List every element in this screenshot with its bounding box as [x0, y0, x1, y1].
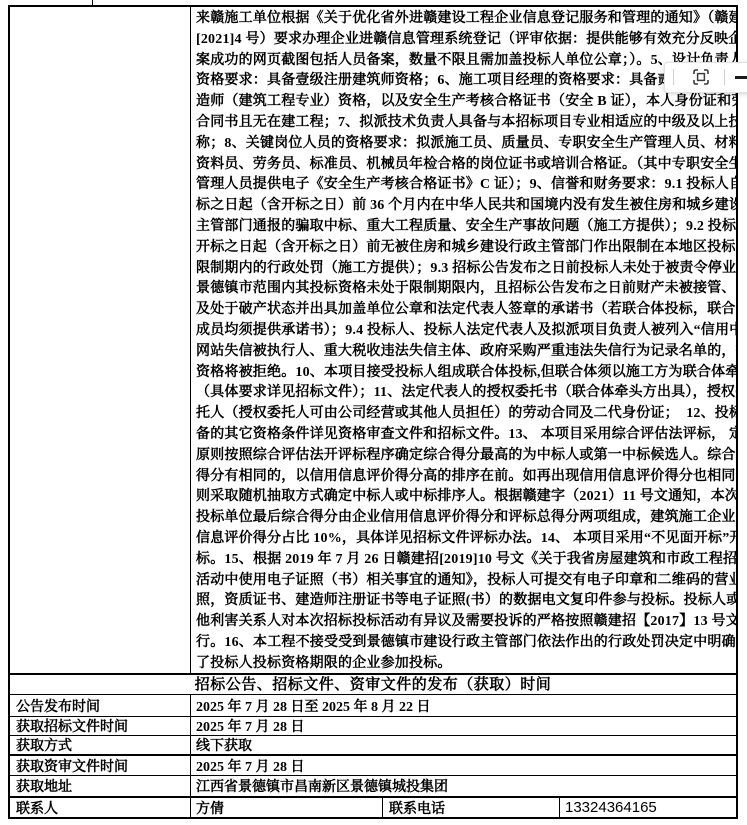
empty-label-cell: [10, 7, 191, 673]
notice-text-line: 他利害关系人对本次招标投标活动有异议及需要投诉的严格按照赣建招【2017】13 …: [196, 612, 733, 633]
row-value: 2025 年 7 月 28 日: [191, 756, 736, 775]
notice-text-line: 资料员、劳务员、标准员、机械员年检合格的岗位证书或培训合格证。（其中专职安全生产: [196, 155, 733, 176]
toolbar-divider: [673, 69, 674, 85]
notice-text-line: 照，资质证书、建造师注册证书等电子证照(书）的数据电文复印件参与投标。投标人或者…: [196, 591, 733, 612]
notice-text-line: 原则按照综合评估法开评标程序确定综合得分最高的为中标人或第一中标候选人。综合: [196, 446, 733, 467]
row-value: 2025 年 7 月 28 日: [191, 717, 736, 735]
notice-text-line: 标之日起（含开标之日）前 36 个月内在中华人民共和国境内没有发生被住房和城乡建…: [196, 196, 733, 217]
notice-text-line: 管理人员提供电子《安全生产考核合格证书》C 证）；9、信誉和财务要求：9.1 投…: [196, 175, 733, 196]
contact-phone-label: 联系电话: [383, 798, 560, 817]
section-header-row: 招标公告、招标文件、资审文件的发布（获取）时间: [10, 675, 736, 695]
contact-label: 联系人: [10, 798, 191, 817]
row-label: 获取资审文件时间: [10, 756, 191, 775]
row-value: 2025 年 7 月 28 日至 2025 年 8 月 22 日: [191, 695, 736, 716]
notice-text-line: 信息评价得分占比 10%，具体详见招标文件评标办法。14、 本项目采用“不见面开…: [196, 529, 733, 550]
notice-text-line: 标。15、根据 2019 年 7 月 26 日赣建招[2019]10 号文《关于…: [196, 550, 733, 571]
table-row-prequal-doc-time: 获取资审文件时间 2025 年 7 月 28 日: [10, 756, 736, 776]
table-row-bid-doc-time: 获取招标文件时间 2025 年 7 月 28 日: [10, 717, 736, 736]
row-label: 获取招标文件时间: [10, 717, 191, 735]
minimize-dash-icon[interactable]: [733, 67, 747, 87]
notice-text-line: 来赣施工单位根据《关于优化省外进赣建设工程企业信息登记服务和管理的通知》（赣建字: [196, 9, 733, 30]
notice-text-line: [2021]4 号）要求办理企业进赣信息管理系统登记（评审依据：提供能够有效充分…: [196, 30, 733, 51]
notice-text-line: 称；8、关键岗位人员的资格要求：拟派施工员、质量员、专职安全生产管理人员、材料员…: [196, 134, 733, 155]
row-value: 线下获取: [191, 736, 736, 754]
notice-text-line: 网站失信被执行人、重大税收违法失信主体、政府采购严重违法失信行为记录名单的，投标: [196, 342, 733, 363]
row-label: 公告发布时间: [10, 695, 191, 716]
tender-notice-table: 来赣施工单位根据《关于优化省外进赣建设工程企业信息登记服务和管理的通知》（赣建字…: [8, 5, 738, 819]
notice-text-line: 造师（建筑工程专业）资格，以及安全生产考核合格证书（安全 B 证），本人身份证和…: [196, 92, 733, 113]
contact-phone-number: 13324364165: [560, 798, 736, 817]
document-page: 来赣施工单位根据《关于优化省外进赣建设工程企业信息登记服务和管理的通知》（赣建字…: [0, 0, 747, 825]
notice-text-line: 开标之日起（含开标之日）前无被住房和城乡建设行政主管部门作出限制在本地区投标且在: [196, 238, 733, 259]
table-row-announcement-period: 公告发布时间 2025 年 7 月 28 日至 2025 年 8 月 22 日: [10, 695, 736, 717]
notice-text-line: 主管部门通报的骗取中标、重大工程质量、安全生产事故问题（施工方提供）；9.2 投…: [196, 217, 733, 238]
notice-text-line: 资格将被拒绝。10、本项目接受投标人组成联合体投标,但联合体须以施工方为联合体牵…: [196, 363, 733, 384]
notice-text-line: 合同书且无在建工程；7、拟派技术负责人具备与本招标项目专业相适应的中级及以上技术…: [196, 113, 733, 134]
notice-text-line: 托人（授权委托人可由公司经营或其他人员担任）的劳动合同及二代身份证； 12、投标…: [196, 404, 733, 425]
notice-text-line: 则采取随机抽取方式确定中标人或中标排序人。根据赣建字（2021）11 号文通知，…: [196, 487, 733, 508]
row-label: 获取方式: [10, 736, 191, 754]
notice-text-line: 限制期内的行政处罚（施工方提供）；9.3 招标公告发布之日前投标人未处于被责令停…: [196, 259, 733, 280]
table-row-contact: 联系人 方倩 联系电话 13324364165: [10, 798, 736, 817]
floating-toolbar[interactable]: [664, 62, 747, 93]
screenshot-capture-icon[interactable]: [691, 67, 711, 87]
contact-name: 方倩: [191, 798, 383, 817]
row-label: 获取地址: [10, 776, 191, 796]
notice-text-line: 得分有相同的，以信用信息评价得分高的排序在前。如再出现信用信息评价得分也相同，: [196, 467, 733, 488]
notice-text-line: 投标单位最后综合得分由企业信用信息评价得分和评标总得分两项组成，建筑施工企业信用: [196, 508, 733, 529]
table-row-obtain-method: 获取方式 线下获取: [10, 736, 736, 756]
notice-text-line: 活动中使用电子证照（书）相关事宜的通知》，投标人可提交有电子印章和二维码的营业执: [196, 571, 733, 592]
notice-text-line: 资格要求：具备壹级注册建筑师资格；6、施工项目经理的资格要求：具备贰级及以上注册…: [196, 71, 733, 92]
notice-text-line: 成员均须提供承诺书）；9.4 投标人、投标人法定代表人及拟派项目负责人被列入“信…: [196, 321, 733, 342]
notice-text-line: （具体要求详见招标文件）；11、法定代表人的授权委托书（联合体牵头方出具），授权…: [196, 383, 733, 404]
notice-text-line: 景德镇市范围内其投标资格未处于限制期限内，且招标公告发布之日前财产未被接管、冻结: [196, 279, 733, 300]
notice-text-line: 了投标人投标资格期限的企业参加投标。: [196, 654, 733, 673]
notice-text-line: 行。16、本工程不接受受到景德镇市建设行政主管部门依法作出的行政处罚决定中明确限…: [196, 633, 733, 654]
notice-text-line: 及处于破产状态并出具加盖单位公章和法定代表人签章的承诺书（若联合体投标，联合体各: [196, 300, 733, 321]
notice-text-line: 备的其它资格条件详见资格审查文件和招标文件。13、 本项目采用综合评估法评标， …: [196, 425, 733, 446]
section-header-title: 招标公告、招标文件、资审文件的发布（获取）时间: [195, 676, 552, 694]
notice-text-line: 案成功的网页截图包括人员备案，数量不限且需加盖投标人单位公章；）。5、设计负责人…: [196, 51, 733, 72]
row-value: 江西省景德镇市昌南新区景德镇城投集团: [191, 776, 736, 796]
toolbar-divider: [724, 69, 725, 85]
qualification-requirements-text: 来赣施工单位根据《关于优化省外进赣建设工程企业信息登记服务和管理的通知》（赣建字…: [191, 7, 736, 673]
table-row-obtain-address: 获取地址 江西省景德镇市昌南新区景德镇城投集团: [10, 776, 736, 798]
qualification-requirements-row: 来赣施工单位根据《关于优化省外进赣建设工程企业信息登记服务和管理的通知》（赣建字…: [10, 7, 736, 675]
